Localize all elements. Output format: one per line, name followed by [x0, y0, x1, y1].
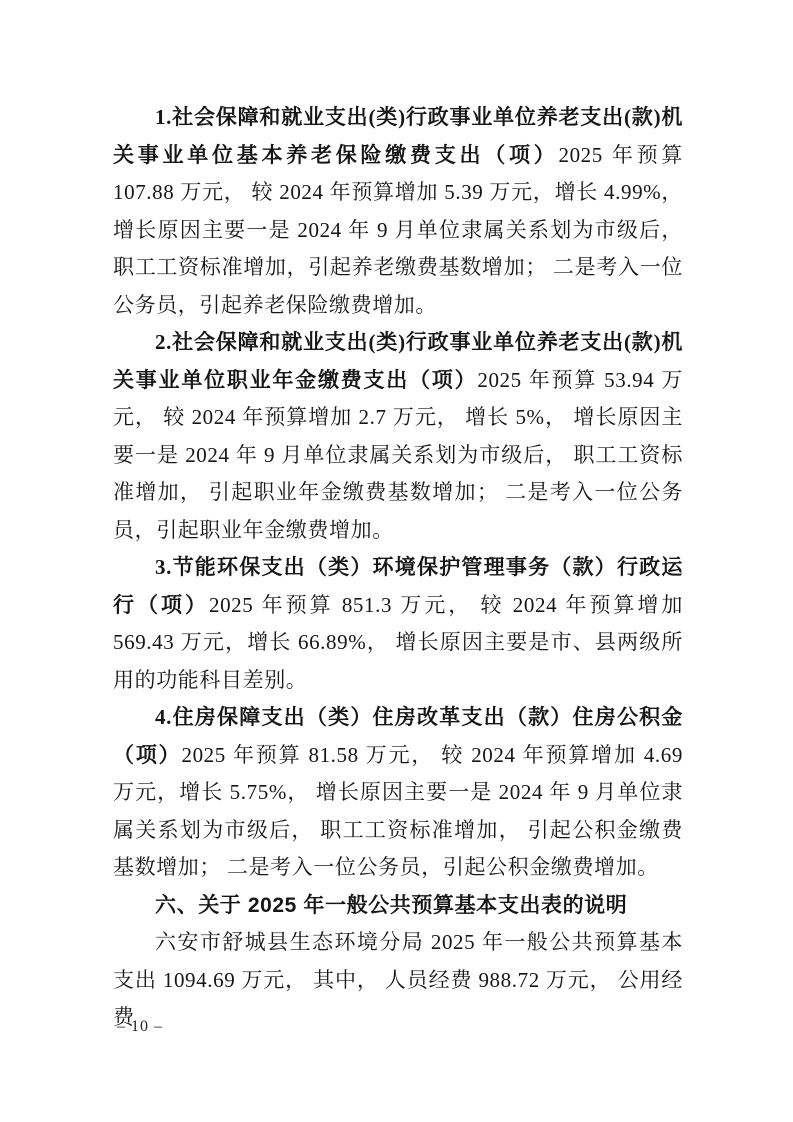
paragraph-2: 2.社会保障和就业支出(类)行政事业单位养老支出(款)机关事业单位职业年金缴费支…	[113, 324, 683, 549]
paragraph-4: 4.住房保障支出（类）住房改革支出（款）住房公积金（项）2025 年预算 81.…	[113, 699, 683, 887]
paragraph-1: 1.社会保障和就业支出(类)行政事业单位养老支出(款)机关事业单位基本养老保险缴…	[113, 99, 683, 324]
paragraph-4-text: 2025 年预算 81.58 万元， 较 2024 年预算增加 4.69 万元，…	[113, 743, 683, 880]
paragraph-1-text: 2025 年预算 107.88 万元， 较 2024 年预算增加 5.39 万元…	[113, 143, 683, 317]
document-body: 1.社会保障和就业支出(类)行政事业单位养老支出(款)机关事业单位基本养老保险缴…	[113, 99, 683, 1037]
page-number: – 10 –	[117, 1018, 163, 1035]
closing-paragraph: 六安市舒城县生态环境分局 2025 年一般公共预算基本支出 1094.69 万元…	[113, 924, 683, 1037]
paragraph-3: 3.节能环保支出（类）环境保护管理事务（款）行政运行（项）2025 年预算 85…	[113, 549, 683, 699]
paragraph-2-text: 2025 年预算 53.94 万元， 较 2024 年预算增加 2.7 万元， …	[113, 368, 683, 542]
document-page: 1.社会保障和就业支出(类)行政事业单位养老支出(款)机关事业单位基本养老保险缴…	[0, 0, 793, 1122]
page-footer: – 10 –	[117, 1013, 163, 1041]
closing-paragraph-text: 六安市舒城县生态环境分局 2025 年一般公共预算基本支出 1094.69 万元…	[113, 930, 683, 1029]
section-heading: 六、关于 2025 年一般公共预算基本支出表的说明	[113, 887, 683, 925]
